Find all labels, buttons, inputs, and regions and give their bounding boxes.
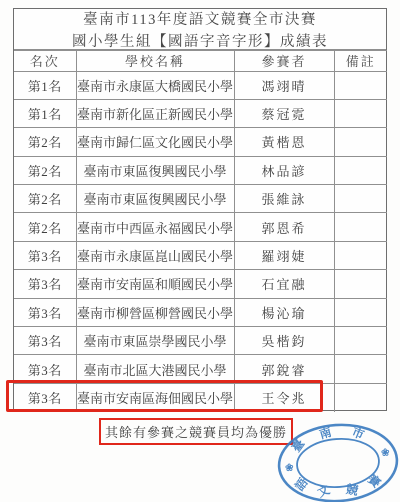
table-row: 第3名 臺南市柳營區柳營國民小學 楊沁瑜: [14, 298, 387, 326]
participant-cell: 楊沁瑜: [234, 298, 334, 326]
table-row: 第1名 臺南市永康區大橋國民小學 馮翊晴: [14, 71, 387, 99]
rank-cell: 第2名: [14, 128, 76, 156]
results-table-block: 臺南市113年度語文競賽全市決賽 國小學生組【國語字音字形】成績表 名次 學校名…: [13, 8, 387, 411]
title-line-1: 臺南市113年度語文競賽全市決賽: [83, 8, 317, 29]
participant-cell: 林品諺: [234, 156, 334, 184]
table-row: 第2名 臺南市歸仁區文化國民小學 黃楷恩: [14, 128, 387, 156]
remark-cell: [334, 327, 387, 355]
rank-cell: 第1名: [14, 71, 76, 99]
table-row: 第3名 臺南市東區崇學國民小學 吳楷鈞: [14, 327, 387, 355]
results-table: 名次 學校名稱 參賽者 備註 第1名 臺南市永康區大橋國民小學 馮翊晴 第1名 …: [14, 50, 387, 412]
header-remark: 備註: [334, 51, 387, 72]
participant-cell: 郭銳睿: [234, 355, 334, 383]
participant-cell: 蔡冠霓: [234, 99, 334, 127]
remark-cell: [334, 213, 387, 241]
remark-cell: [334, 99, 387, 127]
participant-cell: 馮翊晴: [234, 71, 334, 99]
rank-cell: 第3名: [14, 298, 76, 326]
school-cell: 臺南市歸仁區文化國民小學: [76, 128, 234, 156]
remark-cell: [334, 355, 387, 383]
stamp-char: ❀: [381, 447, 391, 459]
rank-cell: 第3名: [14, 355, 76, 383]
remark-cell: [334, 185, 387, 213]
document-title: 臺南市113年度語文競賽全市決賽 國小學生組【國語字音字形】成績表: [14, 9, 386, 50]
school-cell: 臺南市東區崇學國民小學: [76, 327, 234, 355]
rank-cell: 第2名: [14, 213, 76, 241]
school-cell: 臺南市北區大港國民小學: [76, 355, 234, 383]
table-row: 第3名 臺南市北區大港國民小學 郭銳睿: [14, 355, 387, 383]
rank-cell: 第2名: [14, 156, 76, 184]
header-rank: 名次: [14, 51, 76, 72]
school-cell: 臺南市永康區崑山國民小學: [76, 241, 234, 269]
table-row: 第3名 臺南市安南區和順國民小學 石宜融: [14, 270, 387, 298]
school-cell: 臺南市新化區正新國民小學: [76, 99, 234, 127]
stamp-svg: 臺南市語文競賽❀❀: [276, 422, 400, 502]
header-school: 學校名稱: [76, 51, 234, 72]
header-participant: 參賽者: [234, 51, 334, 72]
table-row: 第1名 臺南市新化區正新國民小學 蔡冠霓: [14, 99, 387, 127]
rank-cell: 第1名: [14, 99, 76, 127]
stamp-char: ❀: [285, 462, 295, 474]
header-row: 名次 學校名稱 參賽者 備註: [14, 51, 387, 72]
remark-cell: [334, 156, 387, 184]
rank-cell: 第3名: [14, 327, 76, 355]
table-row: 第2名 臺南市東區復興國民小學 張維詠: [14, 185, 387, 213]
participant-cell: 羅翊婕: [234, 241, 334, 269]
school-cell: 臺南市安南區海佃國民小學: [76, 383, 234, 411]
remark-cell: [334, 270, 387, 298]
participant-cell: 石宜融: [234, 270, 334, 298]
table-row: 第3名 臺南市永康區崑山國民小學 羅翊婕: [14, 241, 387, 269]
school-cell: 臺南市中西區永福國民小學: [76, 213, 234, 241]
scanned-results-sheet: 臺南市113年度語文競賽全市決賽 國小學生組【國語字音字形】成績表 名次 學校名…: [0, 0, 400, 502]
footer-note-box: 其餘有參賽之競賽員均為優勝: [99, 418, 293, 445]
official-oval-stamp: 臺南市語文競賽❀❀: [276, 422, 400, 502]
remark-cell: [334, 128, 387, 156]
school-cell: 臺南市東區復興國民小學: [76, 156, 234, 184]
table-row: 第2名 臺南市東區復興國民小學 林品諺: [14, 156, 387, 184]
participant-cell: 黃楷恩: [234, 128, 334, 156]
title-line-2: 國小學生組【國語字音字形】成績表: [72, 30, 328, 51]
participant-cell: 吳楷鈞: [234, 327, 334, 355]
participant-cell: 張維詠: [234, 185, 334, 213]
school-cell: 臺南市東區復興國民小學: [76, 185, 234, 213]
participant-cell: 郭恩希: [234, 213, 334, 241]
participant-cell: 王令兆: [234, 383, 334, 411]
rank-cell: 第2名: [14, 185, 76, 213]
footer-note-text: 其餘有參賽之競賽員均為優勝: [105, 422, 287, 441]
remark-cell: [334, 241, 387, 269]
stamp-char: 競: [345, 481, 359, 498]
table-row: 第2名 臺南市中西區永福國民小學 郭恩希: [14, 213, 387, 241]
rank-cell: 第3名: [14, 241, 76, 269]
table-row: 第3名 臺南市安南區海佃國民小學 王令兆: [14, 383, 387, 411]
remark-cell: [334, 71, 387, 99]
remark-cell: [334, 383, 387, 411]
rank-cell: 第3名: [14, 270, 76, 298]
school-cell: 臺南市安南區和順國民小學: [76, 270, 234, 298]
remark-cell: [334, 298, 387, 326]
rank-cell: 第3名: [14, 383, 76, 411]
school-cell: 臺南市永康區大橋國民小學: [76, 71, 234, 99]
stamp-outer-ellipse: [276, 422, 399, 502]
school-cell: 臺南市柳營區柳營國民小學: [76, 298, 234, 326]
results-body: 第1名 臺南市永康區大橋國民小學 馮翊晴 第1名 臺南市新化區正新國民小學 蔡冠…: [14, 71, 387, 412]
